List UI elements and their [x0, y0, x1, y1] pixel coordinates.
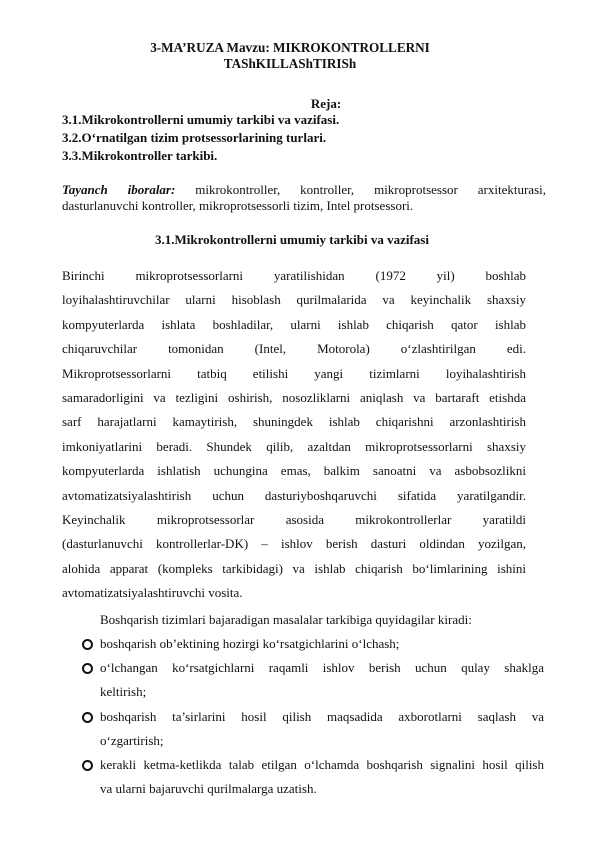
- body-line: samaradorligini va tezligini oshirish, n…: [62, 386, 526, 410]
- body-line: sarf harajatlarni kamaytirish, shuningde…: [62, 410, 526, 434]
- list-item-line: o‘zgartirish;: [100, 729, 544, 753]
- body-line: Mikroprotsessorlarni tatbiq etilishi yan…: [62, 362, 526, 386]
- body-line: kompyuterlarda ishlata boshladilar, ular…: [62, 313, 526, 337]
- body-line: imkoniyatlarini beradi. Shundek qilib, a…: [62, 435, 526, 459]
- bullet-list: boshqarish ob’ektining hozirgi ko‘rsatgi…: [80, 632, 544, 801]
- body-line: loyihalashtiruvchilar ularni hisoblash q…: [62, 288, 526, 312]
- list-item-line: kerakli ketma-ketlikda talab etilgan o‘l…: [100, 753, 544, 777]
- list-item: boshqarish ob’ektining hozirgi ko‘rsatgi…: [80, 632, 544, 656]
- plan-item-3: 3.3.Mikrokontroller tarkibi.: [62, 148, 217, 164]
- body-line: (dasturlanuvchi kontrollerlar-DK) – ishl…: [62, 532, 526, 556]
- list-item-line: o‘lchangan ko‘rsatgichlarni raqamli ishl…: [100, 656, 544, 680]
- lecture-title-line2: TAShKILLAShTIRISh: [0, 56, 588, 72]
- list-intro: Boshqarish tizimlari bajaradigan masalal…: [100, 610, 472, 630]
- keywords-text-1: mikrokontroller, kontroller, mikroprotse…: [195, 182, 546, 197]
- body-line: Birinchi mikroprotsessorlarni yaratilish…: [62, 264, 526, 288]
- list-item-line: keltirish;: [100, 680, 544, 704]
- plan-item-2: 3.2.O‘rnatilgan tizim protsessorlarining…: [62, 130, 326, 146]
- hollow-circle-icon: [82, 663, 93, 674]
- plan-heading: Reja:: [28, 96, 596, 112]
- body-line: chiqaruvchilar tomonidan (Intel, Motorol…: [62, 337, 526, 361]
- list-item: kerakli ketma-ketlikda talab etilgan o‘l…: [80, 753, 544, 801]
- lecture-title-line1: 3-MA’RUZA Mavzu: MIKROKONTROLLERNI: [0, 40, 588, 56]
- body-line: Keyinchalik mikroprotsessorlar asosida m…: [62, 508, 526, 532]
- section-title: 3.1.Mikrokontrollerni umumiy tarkibi va …: [0, 232, 590, 248]
- body-line: kompyuterlarda ishlatish uchungina emas,…: [62, 459, 526, 483]
- hollow-circle-icon: [82, 760, 93, 771]
- hollow-circle-icon: [82, 712, 93, 723]
- list-item-line: boshqarish ob’ektining hozirgi ko‘rsatgi…: [100, 632, 544, 656]
- hollow-circle-icon: [82, 639, 93, 650]
- body-paragraph: Birinchi mikroprotsessorlarni yaratilish…: [62, 264, 526, 606]
- keywords-line-1: Tayanch iboralar: mikrokontroller, kontr…: [62, 182, 546, 198]
- list-item: boshqarish ta’sirlarini hosil qilish maq…: [80, 705, 544, 753]
- list-item-line: va ularni bajaruvchi qurilmalarga uzatis…: [100, 777, 544, 801]
- keywords-label: Tayanch iboralar:: [62, 182, 175, 197]
- list-item: o‘lchangan ko‘rsatgichlarni raqamli ishl…: [80, 656, 544, 704]
- list-item-line: boshqarish ta’sirlarini hosil qilish maq…: [100, 705, 544, 729]
- body-line: avtomatizatsiyalashtirish uchun dasturiy…: [62, 484, 526, 508]
- body-line: avtomatizatsiyalashtiruvchi vosita.: [62, 581, 526, 605]
- document-page: 3-MA’RUZA Mavzu: MIKROKONTROLLERNI TAShK…: [0, 0, 596, 842]
- keywords-paragraph: Tayanch iboralar: mikrokontroller, kontr…: [62, 182, 546, 214]
- body-line: alohida apparat (kompleks tarkibidagi) v…: [62, 557, 526, 581]
- plan-item-1: 3.1.Mikrokontrollerni umumiy tarkibi va …: [62, 112, 339, 128]
- keywords-text-2: dasturlanuvchi kontroller, mikroprotsess…: [62, 198, 413, 213]
